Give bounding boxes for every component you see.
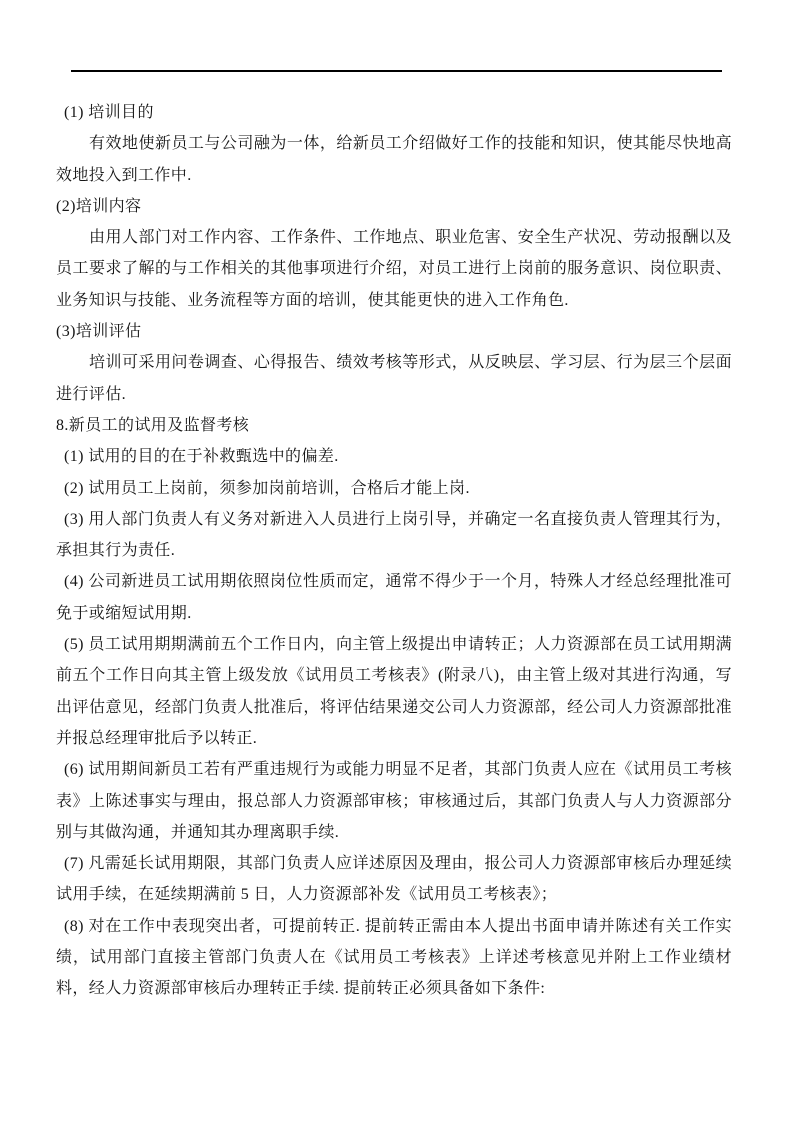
paragraph: (6) 试用期间新员工若有严重违规行为或能力明显不足者，其部门负责人应在《试用员… — [56, 754, 732, 848]
paragraph: 有效地使新员工与公司融为一体，给新员工介绍做好工作的技能和知识，使其能尽快地高效… — [56, 128, 732, 191]
paragraph: (2)培训内容 — [56, 191, 732, 222]
paragraph: (3) 用人部门负责人有义务对新进入人员进行上岗引导，并确定一名直接负责人管理其… — [56, 504, 732, 567]
document-page: (1) 培训目的有效地使新员工与公司融为一体，给新员工介绍做好工作的技能和知识，… — [0, 0, 793, 1122]
header-rule — [71, 70, 722, 72]
paragraph: (2) 试用员工上岗前，须参加岗前培训，合格后才能上岗. — [56, 473, 732, 504]
paragraph: (3)培训评估 — [56, 316, 732, 347]
paragraph: (8) 对在工作中表现突出者，可提前转正. 提前转正需由本人提出书面申请并陈述有… — [56, 911, 732, 1005]
paragraph: (1) 培训目的 — [56, 97, 732, 128]
paragraph: (1) 试用的目的在于补救甄选中的偏差. — [56, 441, 732, 472]
paragraph: 培训可采用问卷调查、心得报告、绩效考核等形式，从反映层、学习层、行为层三个层面进… — [56, 347, 732, 410]
paragraph: 8.新员工的试用及监督考核 — [56, 410, 732, 441]
paragraph: 由用人部门对工作内容、工作条件、工作地点、职业危害、安全生产状况、劳动报酬以及员… — [56, 222, 732, 316]
paragraph: (5) 员工试用期期满前五个工作日内，向主管上级提出申请转正；人力资源部在员工试… — [56, 629, 732, 754]
paragraph: (7) 凡需延长试用期限，其部门负责人应详述原因及理由，报公司人力资源部审核后办… — [56, 848, 732, 911]
document-body: (1) 培训目的有效地使新员工与公司融为一体，给新员工介绍做好工作的技能和知识，… — [56, 97, 732, 1005]
paragraph: (4) 公司新进员工试用期依照岗位性质而定，通常不得少于一个月，特殊人才经总经理… — [56, 566, 732, 629]
